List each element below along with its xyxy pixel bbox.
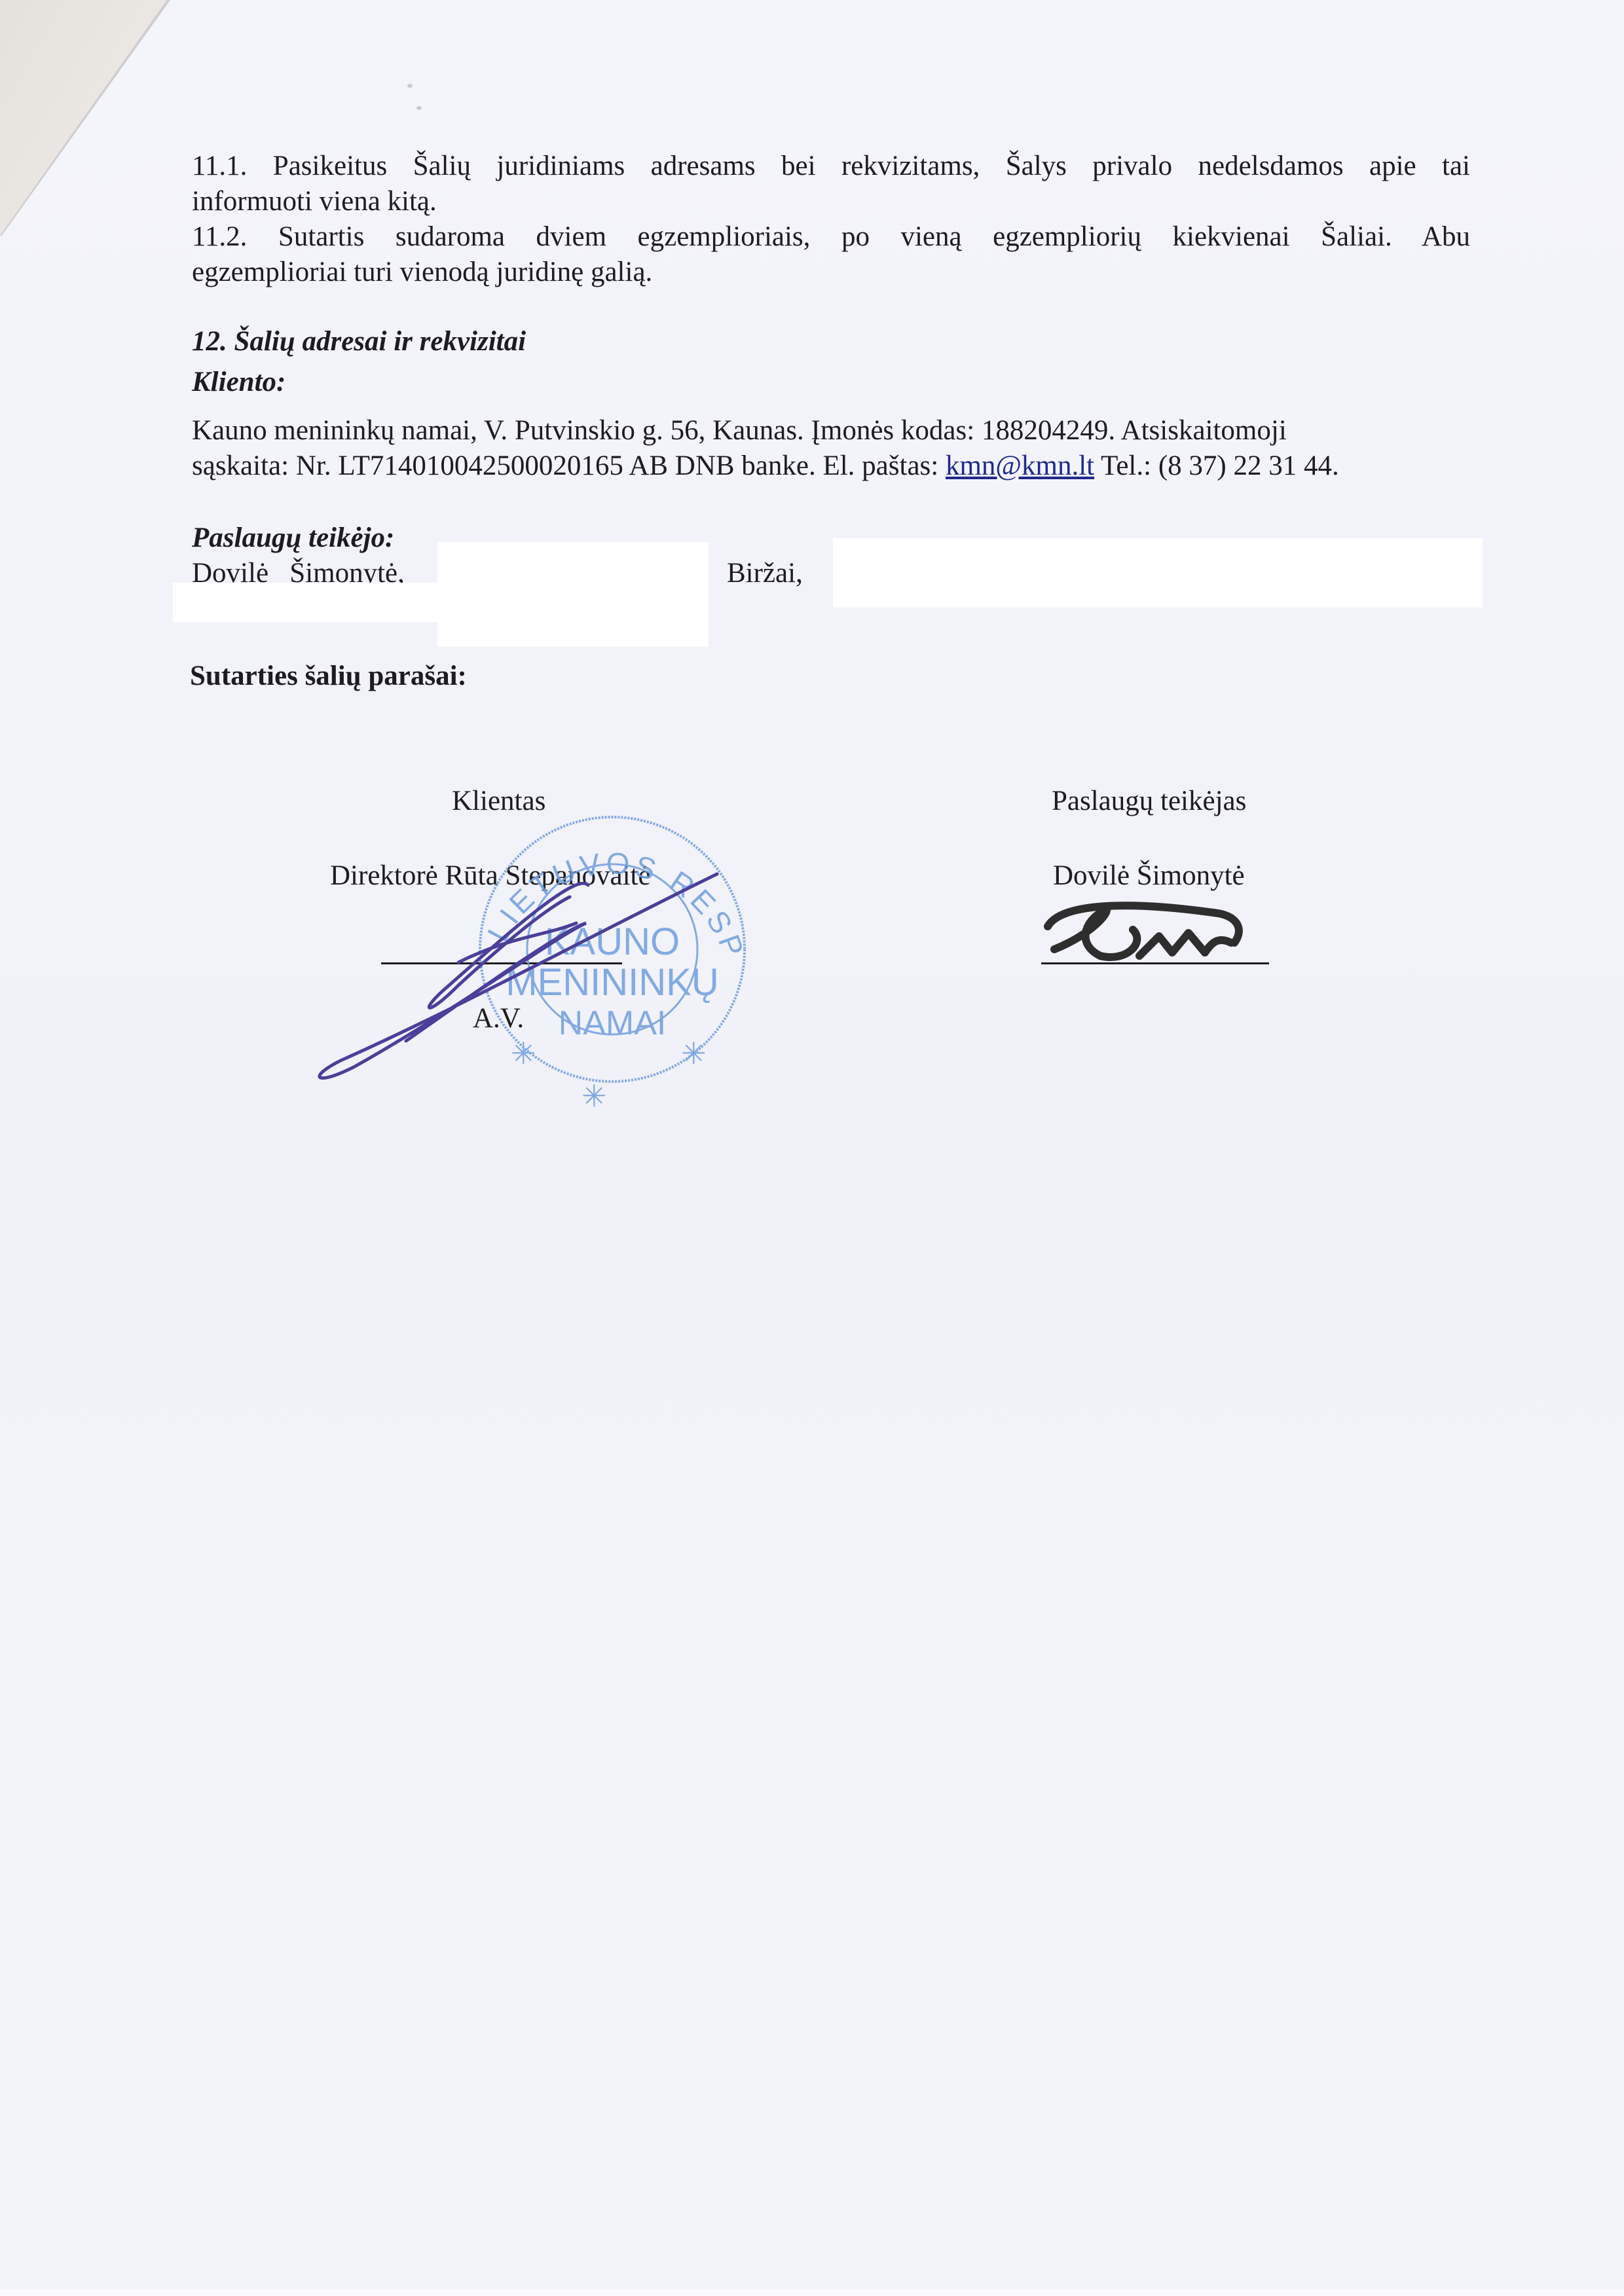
stamp-star-icon: ✳ <box>581 1080 607 1113</box>
scan-bottom-edge <box>0 2289 1624 2296</box>
signature-stamp-layer: LIETUVOS RESPUBLIKA KAUNO MENININKŲ NAMA… <box>0 0 1624 2296</box>
provider-signature-scribble <box>1048 905 1239 957</box>
official-stamp: LIETUVOS RESPUBLIKA KAUNO MENININKŲ NAMA… <box>0 0 752 1113</box>
stamp-line3: NAMAI <box>559 1004 667 1042</box>
stamp-star-icon: ✳ <box>511 1037 536 1070</box>
stamp-star-icon: ✳ <box>681 1037 707 1070</box>
scanned-page: 11.1. Pasikeitus Šalių juridiniams adres… <box>0 0 1624 2296</box>
stamp-line2: MENININKŲ <box>506 961 718 1004</box>
